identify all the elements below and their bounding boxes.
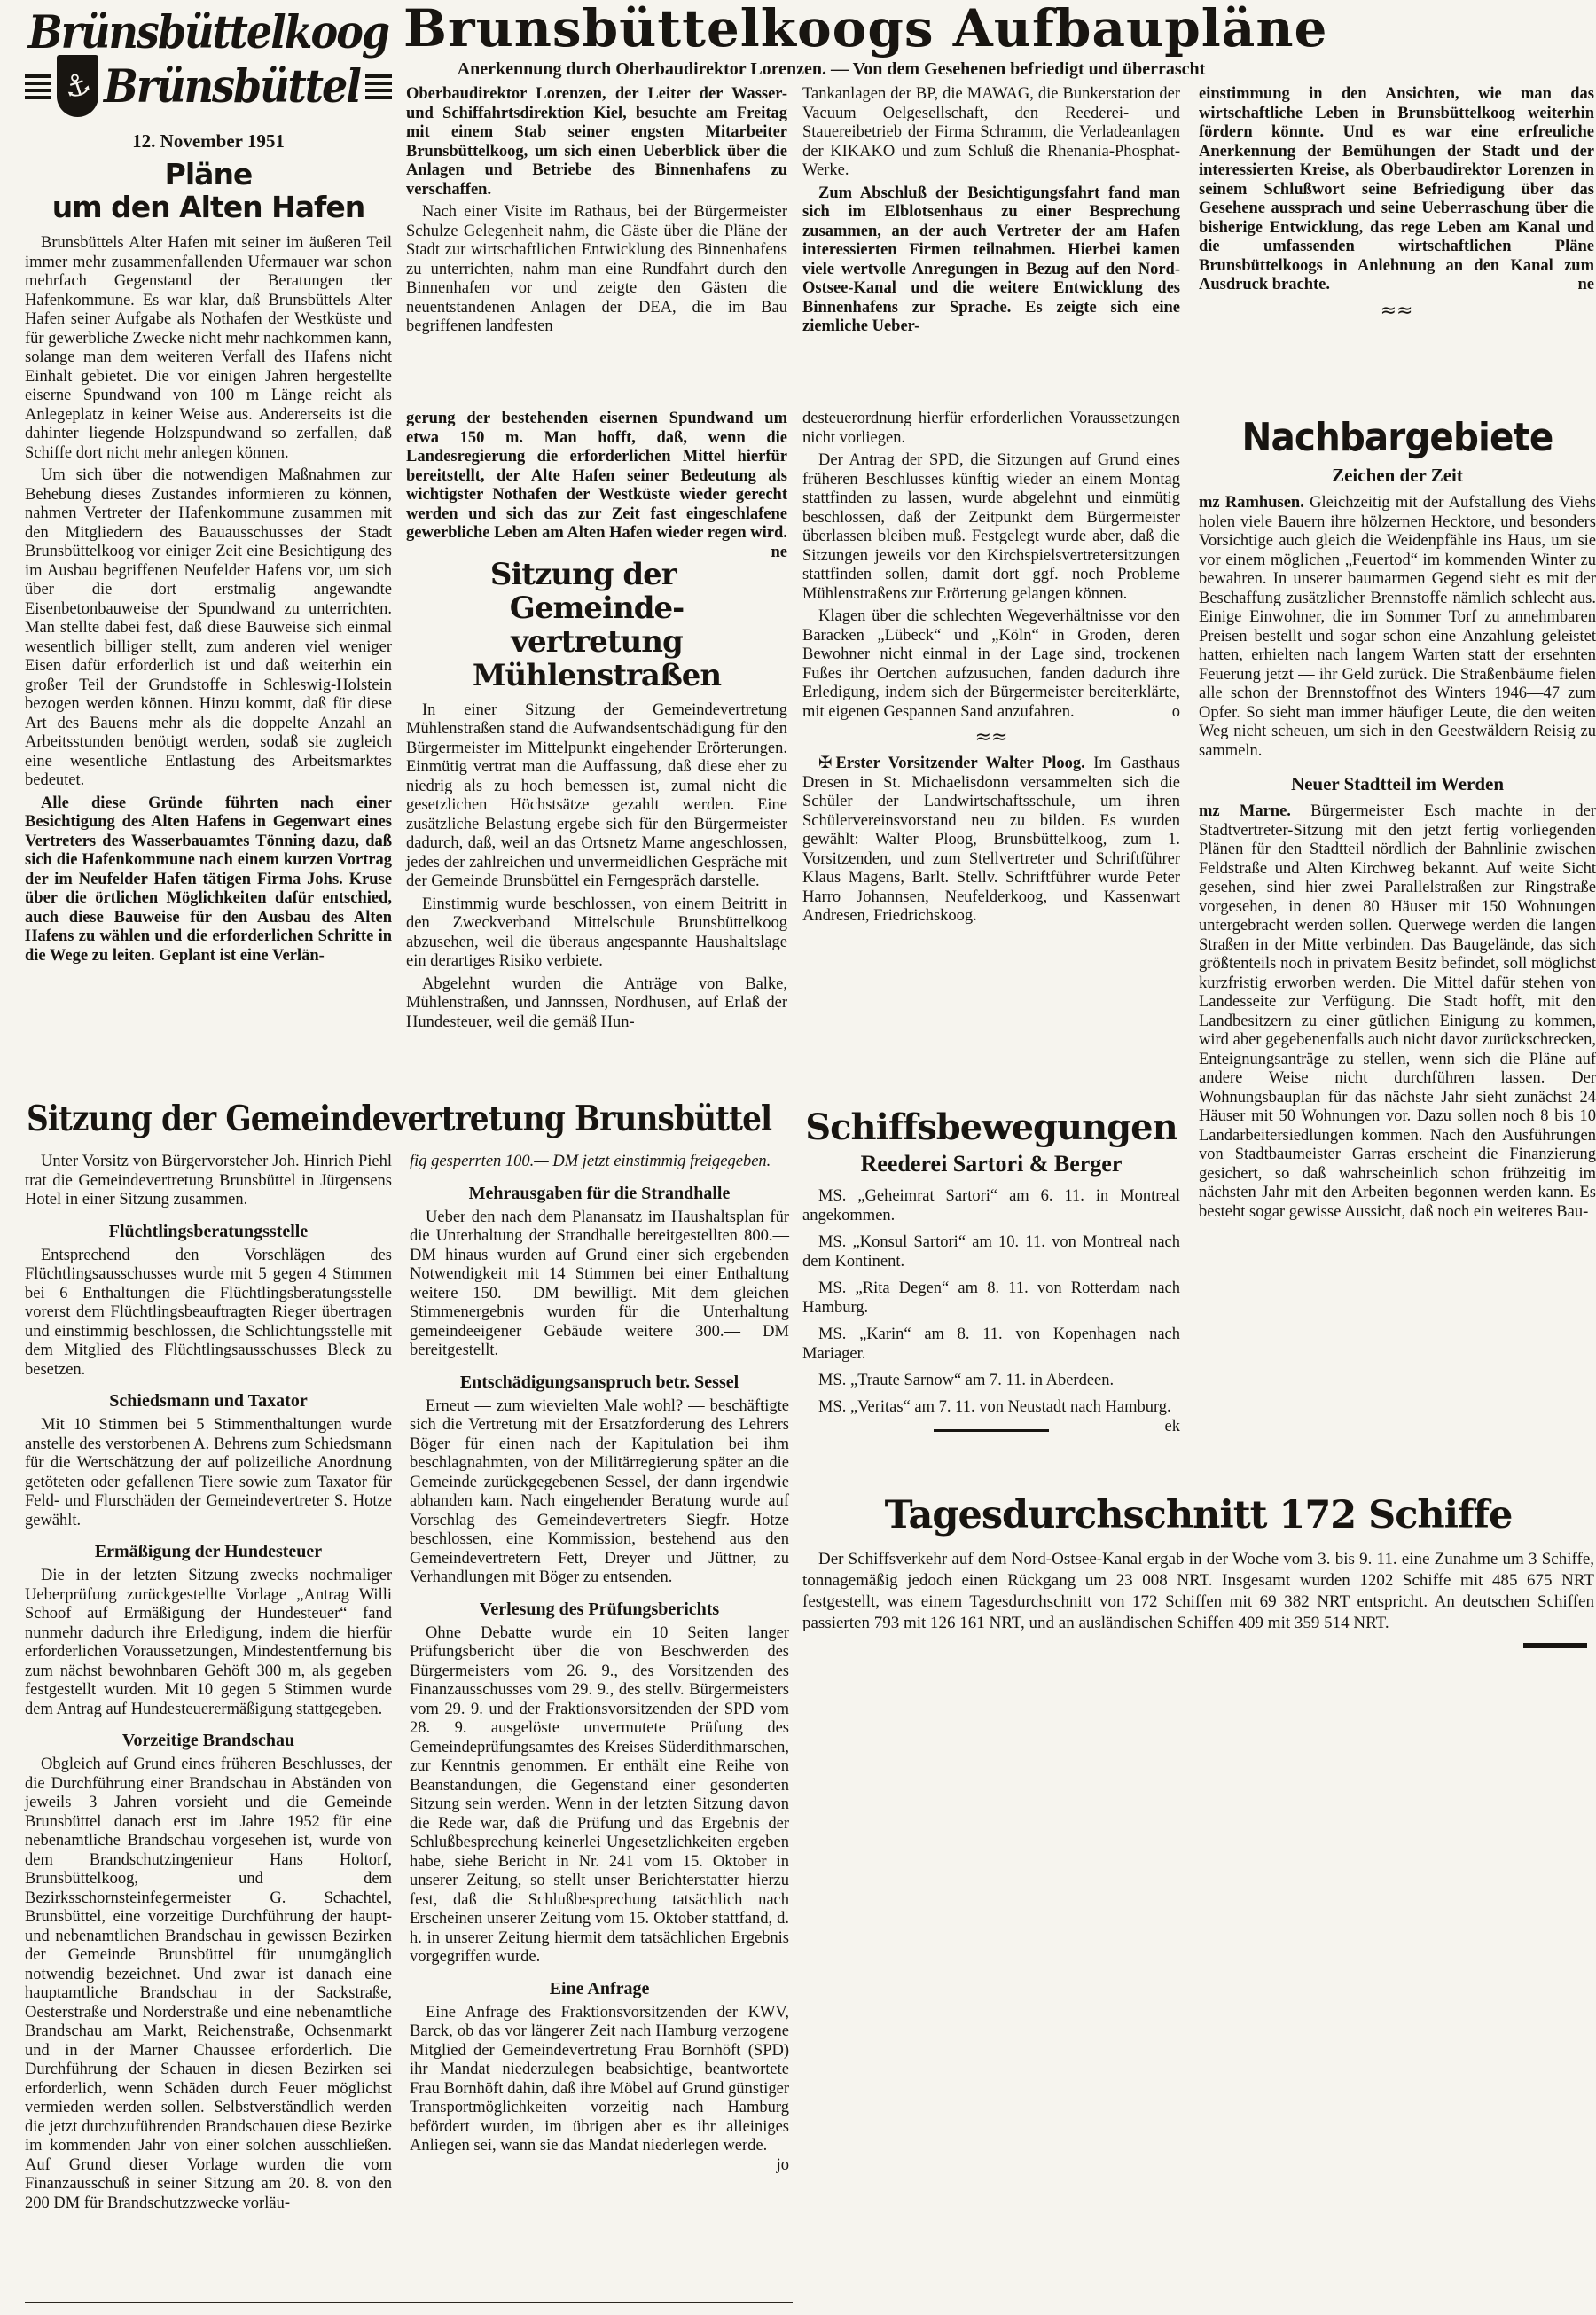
main-headline: Brunsbüttelkoogs Aufbaupläne (403, 2, 1259, 55)
main-subtitle: Anerkennung durch Oberbaudirektor Lorenz… (403, 59, 1259, 80)
paragraph: Der Antrag der SPD, die Sitzungen auf Gr… (802, 451, 1180, 604)
paragraph: fig gesperrten 100.— DM jetzt einstimmig… (410, 1153, 789, 1172)
section-subhead: Vorzeitige Brandschau (25, 1730, 392, 1751)
gemeindevertretung-colA: Unter Vorsitz von Bürgervorsteher Joh. H… (25, 1153, 392, 2217)
issue-date: 12. November 1951 (25, 129, 392, 153)
masthead-title-line1: Brünsbüttelkoog (25, 8, 392, 56)
paragraph: Tankanlagen der BP, die MAWAG, die Bunke… (802, 85, 1180, 181)
section-subhead: Neuer Stadtteil im Werden (1199, 773, 1596, 795)
author-initials: ek (1138, 1417, 1180, 1436)
paragraph: desteuerordnung hierfür erforderlichen V… (802, 410, 1180, 448)
muehlenstrassen-headline: Sitzung der Gemeinde- vertretung Mühlens… (406, 558, 787, 692)
paragraph: Mit 10 Stimmen bei 5 Stimmenthaltungen w… (25, 1416, 392, 1530)
paragraph: Die in der letzten Sitzung zwecks nochma… (25, 1567, 392, 1719)
paragraph: Oberbaudirektor Lorenzen, der Leiter der… (406, 85, 787, 199)
ship-movement: MS. „Traute Sarnow“ am 7. 11. in Aberdee… (802, 1371, 1180, 1390)
paragraph: Alle diese Gründe führten nach einer Bes… (25, 794, 392, 966)
article-alter-hafen: Pläne um den Alten Hafen Brunsbüttels Al… (25, 158, 392, 966)
author-initials: ne (1568, 276, 1595, 295)
main-article-col2: Tankanlagen der BP, die MAWAG, die Bunke… (802, 85, 1180, 340)
ship-movement: MS. „Konsul Sartori“ am 10. 11. von Mont… (802, 1232, 1180, 1271)
paragraph: Klagen über die schlechten Wegeverhältni… (802, 607, 1180, 722)
paragraph: Nach einer Visite im Rathaus, bei der Bü… (406, 203, 787, 337)
ribbon-left-decoration (25, 73, 51, 99)
paragraph: Brunsbüttels Alter Hafen mit seiner im ä… (25, 234, 392, 463)
section-divider-rule (934, 1429, 1049, 1432)
paragraph: Entsprechend den Vorschlägen des Flüchtl… (25, 1247, 392, 1380)
tagesdurchschnitt-section: Tagesdurchschnitt 172 Schiffe Der Schiff… (802, 1495, 1594, 1648)
schiffsbewegungen-section: Schiffsbewegungen Reederei Sartori & Ber… (802, 1108, 1180, 1436)
gemeindevertretung-colB: fig gesperrten 100.— DM jetzt einstimmig… (410, 1153, 789, 2175)
column-m2-lower: desteuerordnung hierfür erforderlichen V… (802, 410, 1180, 930)
section-subhead: Eine Anfrage (410, 1978, 789, 1999)
maltese-cross-icon: ✠ (818, 754, 836, 772)
main-article-col1: Oberbaudirektor Lorenzen, der Leiter der… (406, 85, 787, 340)
masthead: Brünsbüttelkoog ⚓ Brünsbüttel 12. Novemb… (25, 11, 392, 153)
coat-of-arms-icon: ⚓ (57, 55, 98, 117)
section-subhead: Schiedsmann und Taxator (25, 1390, 392, 1412)
ship-movement: MS. „Rita Degen“ am 8. 11. von Rotterdam… (802, 1279, 1180, 1318)
section-subhead: Entschädigungsanspruch betr. Sessel (410, 1372, 789, 1393)
paragraph: Erneut — zum wievielten Male wohl? — bes… (410, 1397, 789, 1588)
anchor-icon: ⚓ (59, 65, 96, 106)
paragraph: Ohne Debatte wurde ein 10 Seiten langer … (410, 1624, 789, 1967)
squiggle-divider-icon: ≈≈ (802, 727, 1180, 748)
left-column: Brünsbüttelkoog ⚓ Brünsbüttel 12. Novemb… (25, 11, 392, 969)
paragraph: einstimmung in den Ansichten, wie man da… (1199, 85, 1594, 295)
reederei-subhead: Reederei Sartori & Berger (802, 1151, 1180, 1177)
paragraph: Obgleich auf Grund eines früheren Beschl… (25, 1756, 392, 2213)
section-subhead: Ermäßigung der Hundesteuer (25, 1541, 392, 1562)
schiffsbewegungen-headline: Schiffsbewegungen (802, 1108, 1180, 1147)
main-article-header: Brunsbüttelkoogs Aufbaupläne Anerkennung… (403, 2, 1259, 80)
paragraph: Eine Anfrage des Fraktionsvorsitzenden d… (410, 2004, 789, 2156)
tagesdurchschnitt-headline: Tagesdurchschnitt 172 Schiffe (802, 1495, 1594, 1537)
ship-movement: MS. „Veritas“ am 7. 11. von Neustadt nac… (802, 1397, 1180, 1417)
nachbargebiete-headline: Nachbargebiete (1215, 417, 1580, 459)
paragraph: Um sich über die notwendigen Maßnahmen z… (25, 466, 392, 791)
paragraph: Abgelehnt wurden die Anträge von Balke, … (406, 975, 787, 1033)
newspaper-page: Brünsbüttelkoog ⚓ Brünsbüttel 12. Novemb… (0, 0, 1596, 2315)
paragraph: Zum Abschluß der Besichtigungsfahrt fand… (802, 184, 1180, 337)
section-subhead: Verlesung des Prüfungsberichts (410, 1599, 789, 1620)
paragraph: In einer Sitzung der Gemeindevertretung … (406, 701, 787, 892)
bottom-rule (25, 2302, 793, 2303)
section-subhead: Zeichen der Zeit (1199, 465, 1596, 487)
masthead-title-line2: Brünsbüttel (104, 62, 360, 110)
squiggle-divider-icon: ≈≈ (1199, 301, 1594, 322)
section-subhead: Mehrausgaben für die Strandhalle (410, 1183, 789, 1204)
end-dash-rule (1523, 1643, 1587, 1648)
ship-movement: MS. „Karin“ am 8. 11. von Kopenhagen nac… (802, 1325, 1180, 1364)
column-m1-lower: gerung der bestehenden eisernen Spundwan… (406, 410, 787, 1036)
article-alter-hafen-headline: Pläne um den Alten Hafen (25, 158, 392, 223)
gemeindevertretung-headline: Sitzung der Gemeindevertretung Brunsbütt… (27, 1099, 706, 1138)
paragraph-ploog: ✠Erster Vorsitzender Walter Ploog. Im Ga… (802, 754, 1180, 927)
ship-movement: MS. „Geheimrat Sartori“ am 6. 11. in Mon… (802, 1186, 1180, 1225)
nachbargebiete-section: Nachbargebiete Zeichen der Zeit mz Ramhu… (1199, 401, 1596, 1225)
author-initials: jo (750, 2156, 789, 2176)
paragraph: mz Ramhusen. Gleichzeitig mit der Aufsta… (1199, 494, 1596, 761)
paragraph: Ueber den nach dem Planansatz im Haushal… (410, 1208, 789, 1361)
paragraph: Der Schiffsverkehr auf dem Nord-Ostsee-K… (802, 1549, 1594, 1634)
paragraph: Unter Vorsitz von Bürgervorsteher Joh. H… (25, 1153, 392, 1210)
paragraph: gerung der bestehenden eisernen Spundwan… (406, 410, 787, 544)
main-article-col3: einstimmung in den Ansichten, wie man da… (1199, 85, 1594, 327)
author-initials: ne (761, 544, 788, 563)
paragraph: Einstimmig wurde beschlossen, von einem … (406, 895, 787, 972)
author-initials: o (1146, 703, 1180, 723)
ribbon-right-decoration (365, 73, 392, 99)
gemeindevertretung-header: Sitzung der Gemeindevertretung Brunsbütt… (27, 1099, 798, 1138)
section-subhead: Flüchtlingsberatungsstelle (25, 1221, 392, 1242)
paragraph: mz Marne. Bürgermeister Esch machte in d… (1199, 802, 1596, 1222)
